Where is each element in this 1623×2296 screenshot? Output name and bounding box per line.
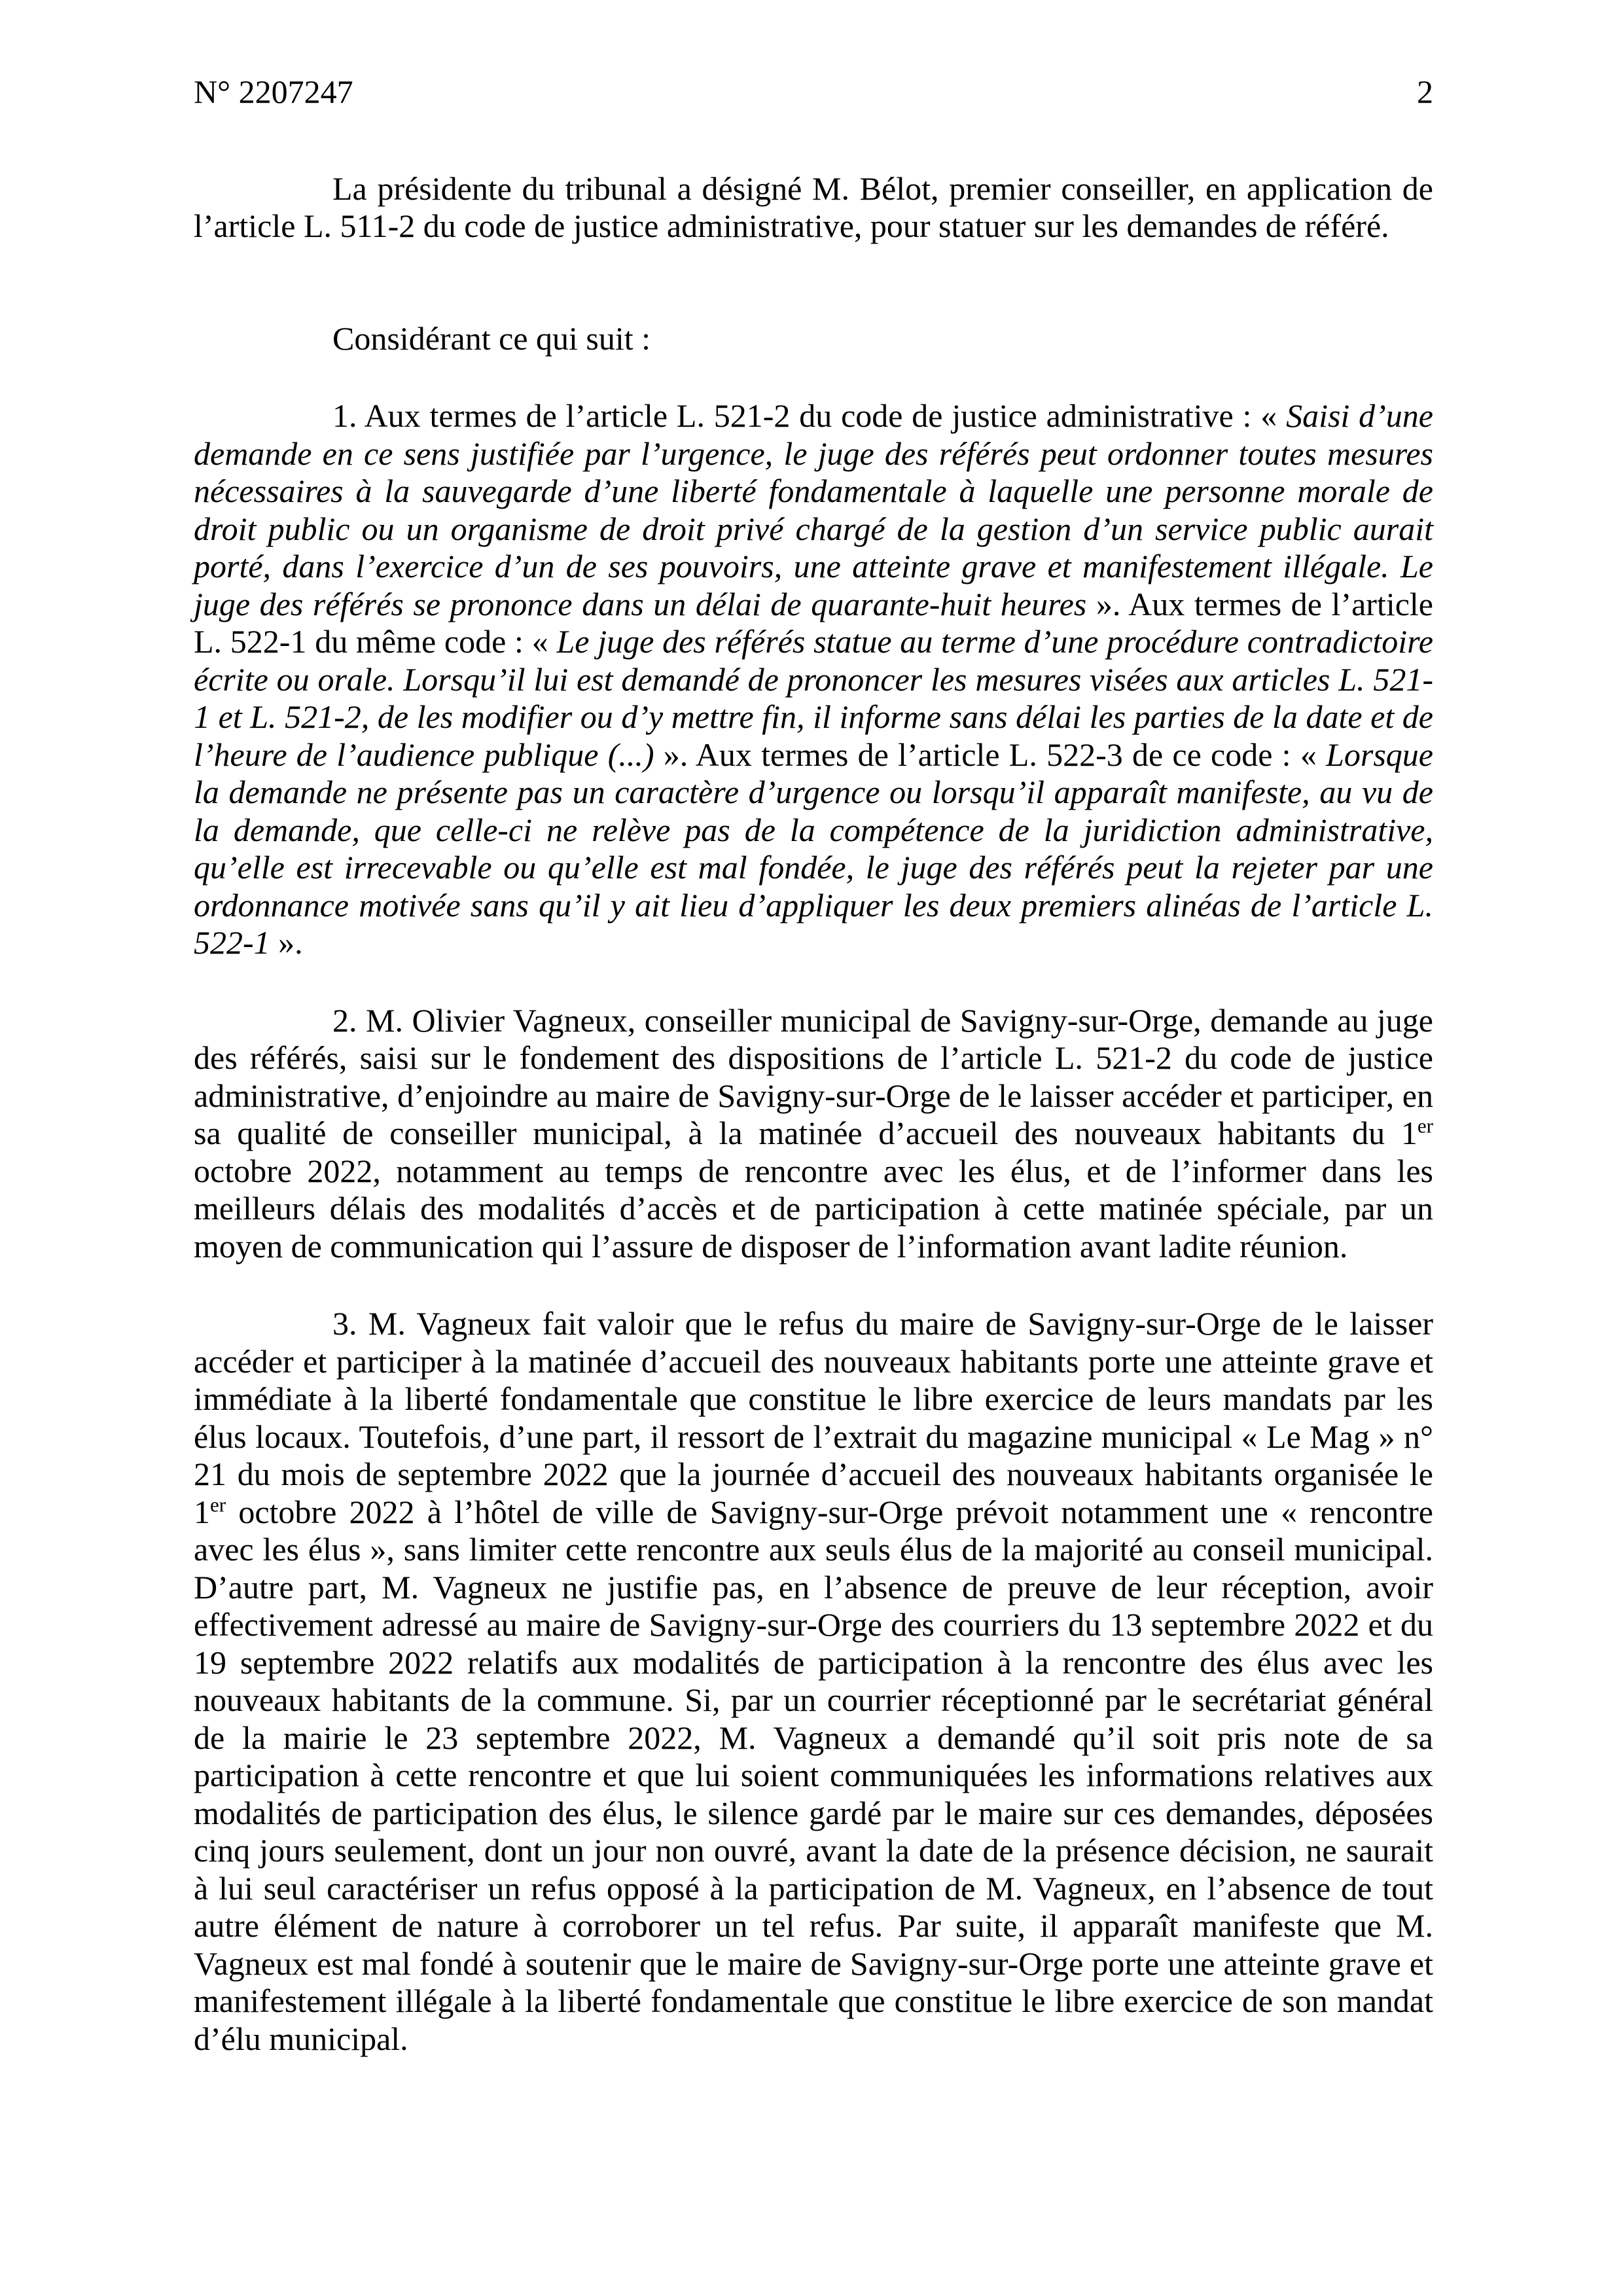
- paragraph-point-3: 3. M. Vagneux fait valoir que le refus d…: [194, 1305, 1433, 2058]
- paragraph-point-1: 1. Aux termes de l’article L. 521-2 du c…: [194, 397, 1433, 962]
- case-number: N° 2207247: [194, 73, 353, 111]
- paragraph-point-2: 2. M. Olivier Vagneux, conseiller munici…: [194, 1002, 1433, 1266]
- page-number: 2: [1417, 73, 1433, 111]
- considerant-heading: Considérant ce qui suit :: [194, 320, 1433, 358]
- paragraph-judge-designation: La présidente du tribunal a désigné M. B…: [194, 170, 1433, 245]
- court-decision-page: N° 2207247 2 La présidente du tribunal a…: [0, 0, 1623, 2296]
- page-header: N° 2207247 2: [194, 73, 1433, 111]
